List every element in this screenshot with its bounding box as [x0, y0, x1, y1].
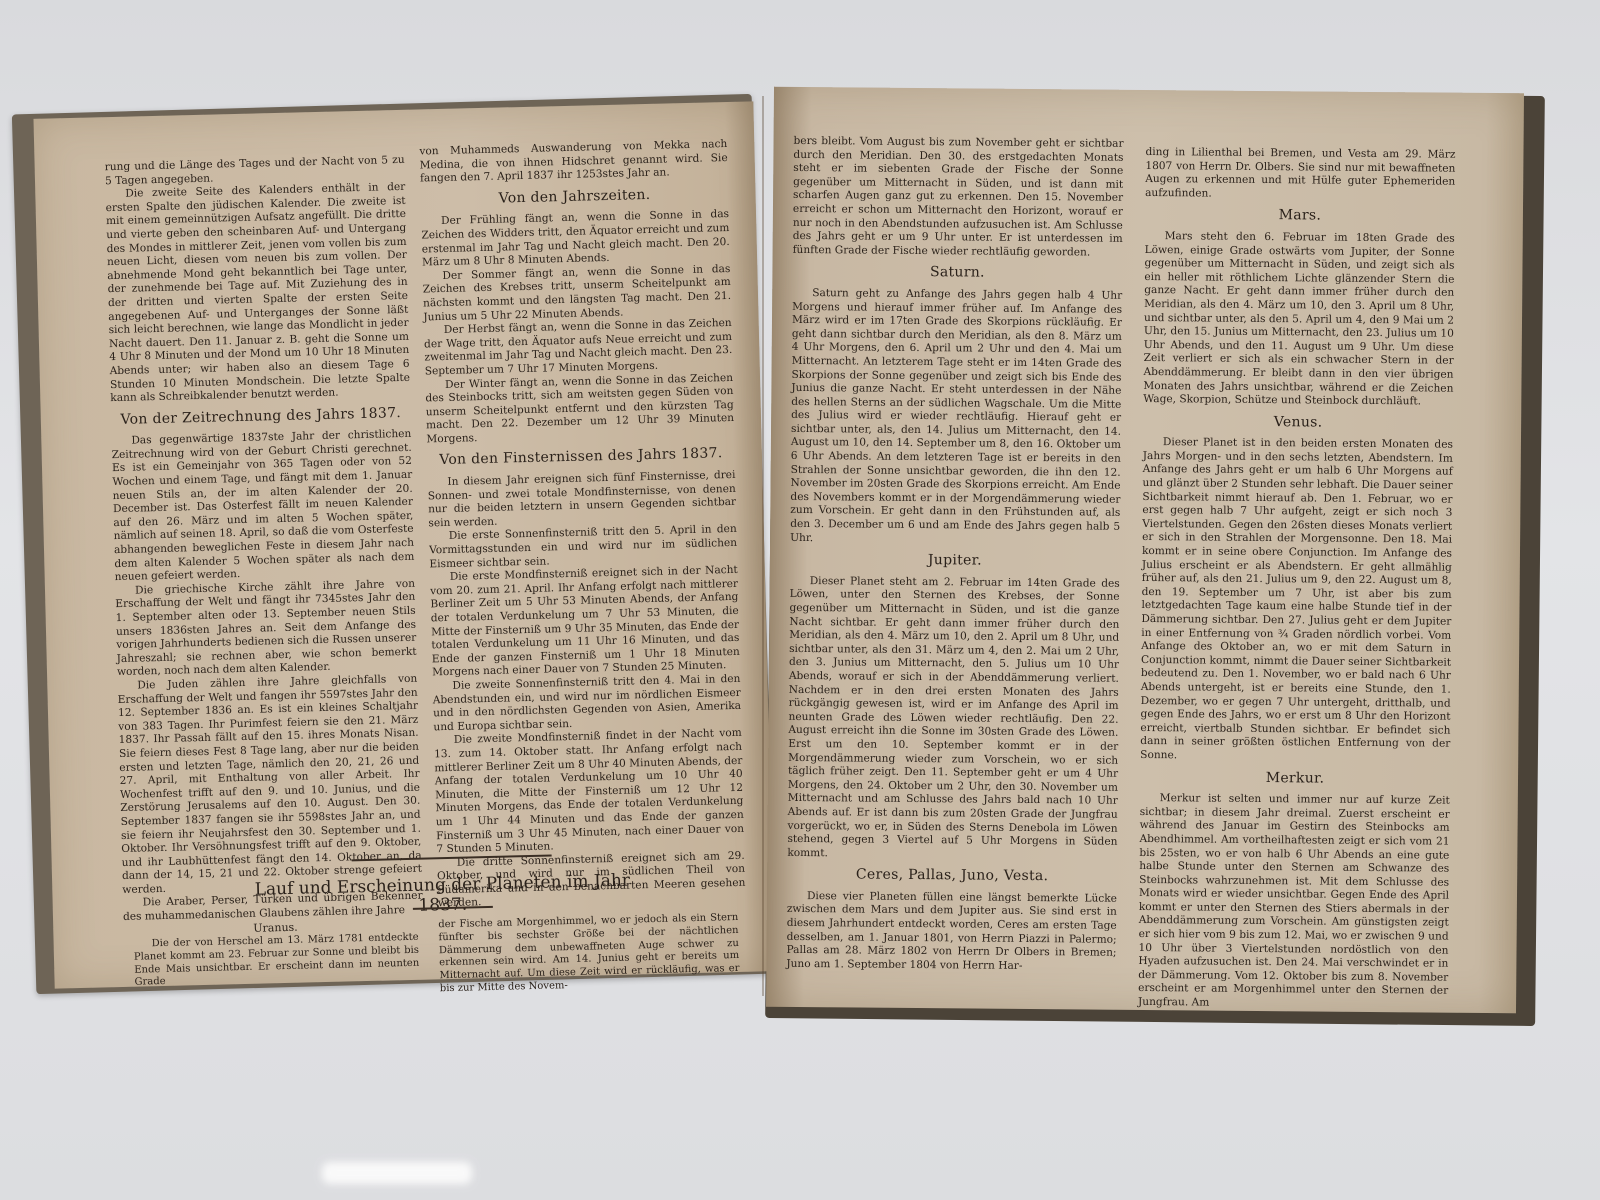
paragraph-uranus-continued: bers bleibt. Vom August bis zum November…	[793, 135, 1124, 260]
paragraph-saturn: Saturn geht zu Anfange des Jahrs gegen h…	[790, 287, 1122, 548]
heading-venus: Venus.	[1143, 415, 1453, 431]
left-page: rung und die Länge des Tages und der Nac…	[33, 101, 774, 988]
heading-jupiter: Jupiter.	[790, 553, 1120, 569]
heading-zeitrechnung: Von der Zeitrechnung des Jahrs 1837.	[111, 406, 411, 427]
paragraph-winter: Der Winter fängt an, wenn die Sonne in d…	[425, 371, 735, 446]
paragraph-griechisch: Die griechische Kirche zählt ihre Jahre …	[115, 578, 417, 680]
open-almanac-book: rung und die Länge des Tages und der Nac…	[0, 0, 1600, 1200]
paragraph-uranus-a: Die der von Herschel am 13. März 1781 en…	[134, 932, 420, 990]
paragraph-fruehling: Der Frühling fängt an, wenn die Sonne in…	[421, 208, 730, 270]
paragraph-mars: Mars steht den 6. Februar im 18ten Grade…	[1143, 230, 1455, 409]
paragraph-sonnenfinsternis-2: Die zweite Sonnenfinsterniß tritt den 4.…	[432, 673, 741, 735]
right-page: bers bleibt. Vom August bis zum November…	[766, 87, 1524, 1014]
heading-jahrszeiten: Von den Jahrszeiten.	[420, 187, 728, 208]
right-page-column-2: ding in Lilienthal bei Bremen, und Vesta…	[1138, 146, 1456, 1012]
paragraph-sommer: Der Sommer fängt an, wenn die Sonne in d…	[422, 263, 731, 325]
heading-saturn: Saturn.	[792, 265, 1122, 281]
paragraph-fuenf-finsternisse: In diesem Jahr ereignen sich fünf Finste…	[427, 469, 736, 531]
light-reflection	[322, 1162, 472, 1184]
paragraph-merkur: Merkur ist selten und immer nur auf kurz…	[1138, 792, 1450, 1012]
uranus-column-a: Die der von Herschel am 13. März 1781 en…	[134, 932, 420, 990]
paragraph-mondfinsternis-1: Die erste Mondfinsterniß ereignet sich i…	[430, 564, 741, 680]
paragraph-kalender: Die zweite Seite des Kalenders enthält i…	[105, 181, 410, 406]
left-page-column-1: rung und die Länge des Tages und der Nac…	[105, 154, 424, 925]
book-gutter	[762, 96, 764, 996]
paragraph-mondfinsternis-2: Die zweite Mondfinsterniß findet in der …	[434, 727, 745, 857]
paragraph-christlich: Das gegenwärtige 1837ste Jahr der christ…	[111, 428, 415, 585]
paragraph-uranus-b: der Fische am Morgenhimmel, wo er jedoch…	[438, 912, 740, 996]
paragraph-herbst: Der Herbst fängt an, wenn die Sonne in d…	[424, 317, 733, 379]
paragraph-jupiter: Dieser Planet steht am 2. Februar im 14t…	[787, 575, 1119, 863]
heading-merkur: Merkur.	[1140, 770, 1450, 786]
paragraph-hidschret: von Muhammeds Auswanderung von Mekka nac…	[419, 138, 728, 186]
heading-finsternisse: Von den Finsternissen des Jahrs 1837.	[427, 447, 735, 468]
heading-mars: Mars.	[1145, 208, 1455, 224]
paragraph-venus: Dieser Planet ist in den beiden ersten M…	[1140, 436, 1453, 765]
right-page-column-1: bers bleibt. Vom August bis zum November…	[786, 135, 1123, 974]
paragraph-ceres-continued: ding in Lilienthal bei Bremen, und Vesta…	[1145, 146, 1455, 203]
heading-ceres-pallas-juno-vesta: Ceres, Pallas, Juno, Vesta.	[787, 868, 1117, 884]
left-page-column-2: von Muhammeds Auswanderung von Mekka nac…	[419, 138, 746, 911]
uranus-column-b: der Fische am Morgenhimmel, wo er jedoch…	[438, 912, 740, 996]
heading-planeten-1837: Lauf und Erscheinung der Planeten im Jah…	[252, 871, 633, 920]
heading-uranus: Uranus.	[253, 921, 298, 935]
paragraph-juden: Die Juden zählen ihre Jahre gleichfalls …	[117, 673, 422, 898]
paragraph-ceres: Diese vier Planeten füllen eine längst b…	[786, 890, 1117, 974]
